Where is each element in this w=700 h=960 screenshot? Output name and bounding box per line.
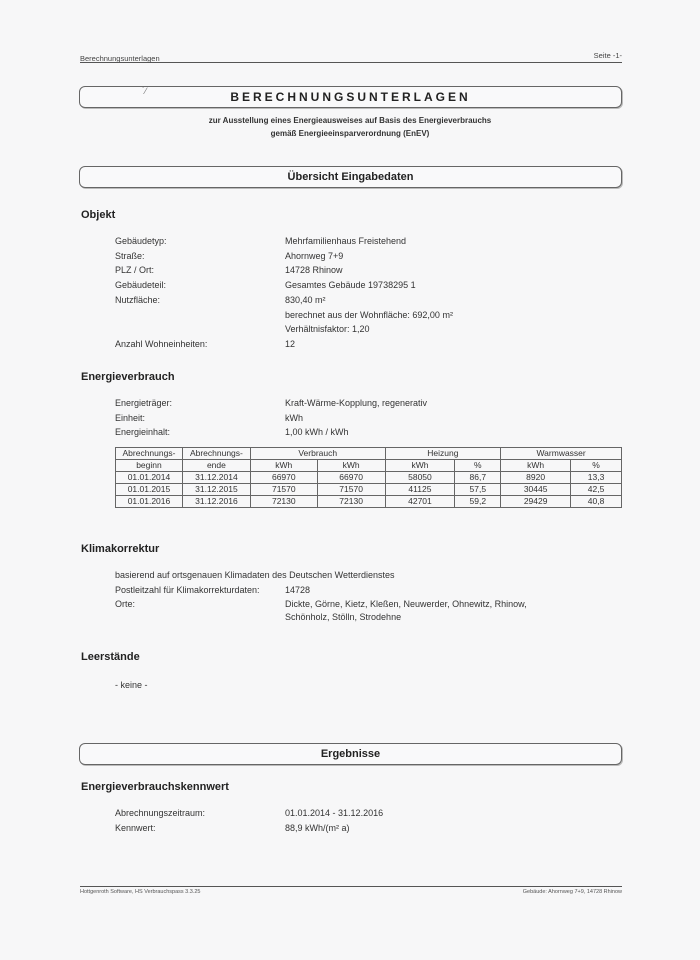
field-value: 1,00 kWh / kWh [285,425,349,440]
section-heading-klimakorrektur: Klimakorrektur [81,543,159,555]
field-label: Energieinhalt: [115,425,170,440]
scan-mark: ˙⁄ [142,86,147,96]
section-heading-kennwert: Energieverbrauchskennwert [81,781,229,793]
field-label: Einheit: [115,411,145,426]
results-banner-title: Ergebnisse [321,748,380,760]
header-cell: Heizung [385,448,501,460]
section-heading-objekt: Objekt [81,209,115,221]
header-cell: % [455,460,501,472]
header-cell: ende [182,460,250,472]
table-cell: 71570 [317,484,385,496]
section-heading-energieverbrauch: Energieverbrauch [81,371,175,383]
header-cell: kWh [317,460,385,472]
klima-orte-line-2: Schönholz, Stölln, Strodehne [285,612,401,622]
field-label: Straße: [115,249,145,264]
subtitle-line-1: zur Ausstellung eines Energieausweises a… [0,114,700,127]
table-cell: 40,8 [571,496,622,508]
kennwert-details: Abrechnungszeitraum:01.01.2014 - 31.12.2… [115,806,615,836]
table-cell: 72130 [317,496,385,508]
header-cell: Abrechnungs- [182,448,250,460]
klima-basis-text: basierend auf ortsgenauen Klimadaten des… [115,570,395,580]
header-cell: kWh [250,460,317,472]
table-row: 01.01.201431.12.201466970669705805086,78… [116,472,622,484]
table-cell: 01.01.2014 [116,472,183,484]
field-value: 88,9 kWh/(m² a) [285,821,350,836]
table-cell: 31.12.2014 [182,472,250,484]
page-number: Seite -1- [594,51,622,60]
header-cell: kWh [385,460,455,472]
field-value: Ahornweg 7+9 [285,249,343,264]
table-cell: 30445 [501,484,571,496]
table-cell: 01.01.2016 [116,496,183,508]
document-title: BERECHNUNGSUNTERLAGEN [230,90,470,104]
field-value: Verhältnisfaktor: 1,20 [285,322,370,337]
table-cell: 59,2 [455,496,501,508]
field-label: PLZ / Ort: [115,263,154,278]
header-cell: beginn [116,460,183,472]
table-cell: 42,5 [571,484,622,496]
header-cell: Warmwasser [501,448,622,460]
field-value: 14728 Rhinow [285,263,343,278]
table-cell: 31.12.2016 [182,496,250,508]
header-cell: Abrechnungs- [116,448,183,460]
table-cell: 31.12.2015 [182,484,250,496]
footer-software: Hottgenroth Software, HS Verbrauchspass … [80,889,200,895]
field-label: Kennwert: [115,821,156,836]
consumption-table: Abrechnungs- Abrechnungs- Verbrauch Heiz… [115,447,622,508]
table-cell: 66970 [317,472,385,484]
table-cell: 8920 [501,472,571,484]
table-cell: 57,5 [455,484,501,496]
field-value: 12 [285,337,295,352]
field-label: Gebäudeteil: [115,278,166,293]
klima-orte-line-1: Dickte, Görne, Kietz, Kleßen, Neuwerder,… [285,599,527,609]
field-value: kWh [285,411,303,426]
header-cell: kWh [501,460,571,472]
field-label: Anzahl Wohneinheiten: [115,337,207,352]
overview-banner: Übersicht Eingabedaten [79,166,622,188]
table-subheader-row: beginn ende kWh kWh kWh % kWh % [116,460,622,472]
table-row: 01.01.201531.12.201571570715704112557,53… [116,484,622,496]
table-cell: 01.01.2015 [116,484,183,496]
table-cell: 13,3 [571,472,622,484]
table-cell: 66970 [250,472,317,484]
table-row: 01.01.201631.12.201672130721304270159,22… [116,496,622,508]
table-header-row: Abrechnungs- Abrechnungs- Verbrauch Heiz… [116,448,622,460]
table-cell: 29429 [501,496,571,508]
footer-building: Gebäude: Ahornweg 7+9, 14728 Rhinow [523,889,622,895]
table-cell: 41125 [385,484,455,496]
field-value: 01.01.2014 - 31.12.2016 [285,806,383,821]
results-banner: Ergebnisse [79,743,622,765]
objekt-details: Gebäudetyp:Mehrfamilienhaus FreistehendS… [115,234,615,354]
klima-plz-value: 14728 [285,585,310,595]
table-cell: 71570 [250,484,317,496]
field-value: Gesamtes Gebäude 19738295 1 [285,278,416,293]
klima-orte-label: Orte: [115,599,135,609]
klima-plz-label: Postleitzahl für Klimakorrekturdaten: [115,585,260,595]
field-value: Mehrfamilienhaus Freistehend [285,234,406,249]
leerstaende-value: - keine - [115,680,148,690]
table-cell: 42701 [385,496,455,508]
document-page: Berechnungsunterlagen Seite -1- BERECHNU… [0,0,700,960]
header-rule [80,62,622,63]
field-label: Nutzfläche: [115,293,160,308]
field-value: berechnet aus der Wohnfläche: 692,00 m² [285,308,453,323]
table-cell: 86,7 [455,472,501,484]
table-cell: 58050 [385,472,455,484]
field-label: Abrechnungszeitraum: [115,806,205,821]
header-cell: % [571,460,622,472]
title-banner: BERECHNUNGSUNTERLAGEN [79,86,622,108]
field-label: Energieträger: [115,396,172,411]
table-cell: 72130 [250,496,317,508]
subtitle-line-2: gemäß Energieeinsparverordnung (EnEV) [0,127,700,140]
section-heading-leerstaende: Leerstände [81,651,140,663]
footer-rule [80,886,622,887]
document-subtitle: zur Ausstellung eines Energieausweises a… [0,114,700,140]
field-value: Kraft-Wärme-Kopplung, regenerativ [285,396,427,411]
header-cell: Verbrauch [250,448,385,460]
field-label: Gebäudetyp: [115,234,167,249]
overview-banner-title: Übersicht Eingabedaten [288,171,414,183]
field-value: 830,40 m² [285,293,326,308]
energieverbrauch-details: Energieträger:Kraft-Wärme-Kopplung, rege… [115,396,615,441]
